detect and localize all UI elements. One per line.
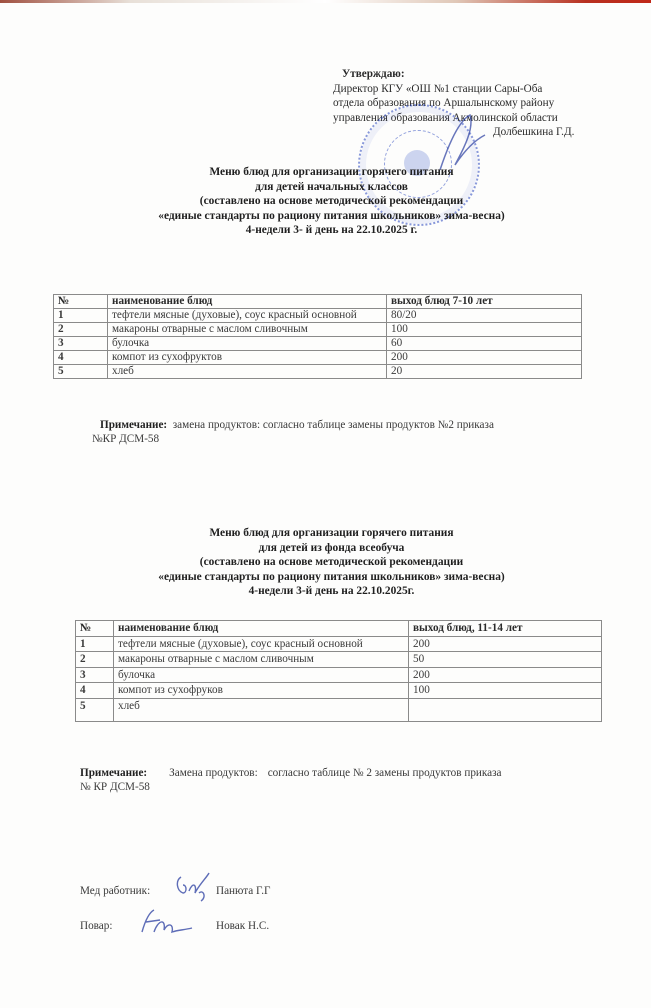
col-header-number: № — [76, 621, 114, 637]
dish-name: булочка — [114, 667, 409, 683]
portion-size: 100 — [387, 323, 582, 337]
row-number: 5 — [54, 365, 108, 379]
cook-signature-icon — [136, 908, 196, 938]
table-row: 1тефтели мясные (духовые), соус красный … — [54, 309, 582, 323]
portion-size: 200 — [387, 351, 582, 365]
table-row: 2макароны отварные с маслом сливочным100 — [54, 323, 582, 337]
portion-size: 100 — [409, 683, 602, 699]
row-number: 4 — [76, 683, 114, 699]
title-line: Меню блюд для организации горячего питан… — [6, 526, 651, 541]
dish-name: макароны отварные с маслом сливочным — [114, 652, 409, 668]
col-header-portion: выход блюд, 11-14 лет — [409, 621, 602, 637]
title-line: 4-недели 3-й день на 22.10.2025г. — [6, 584, 651, 599]
dish-name: хлеб — [108, 365, 387, 379]
menu1-title: Меню блюд для организации горячего питан… — [6, 165, 651, 238]
photo-edge — [0, 0, 651, 3]
col-header-portion: выход блюд 7-10 лет — [387, 295, 582, 309]
portion-size: 50 — [409, 652, 602, 668]
row-number: 2 — [76, 652, 114, 668]
menu2-title: Меню блюд для организации горячего питан… — [6, 526, 651, 599]
portion-size: 60 — [387, 337, 582, 351]
row-number: 2 — [54, 323, 108, 337]
title-line: Меню блюд для организации горячего питан… — [6, 165, 651, 180]
table-row: 5хлеб20 — [54, 365, 582, 379]
dish-name: тефтели мясные (духовые), соус красный о… — [108, 309, 387, 323]
note-order-ref: №КР ДСМ-58 — [92, 432, 600, 446]
col-header-number: № — [54, 295, 108, 309]
dish-name: булочка — [108, 337, 387, 351]
col-header-dish: наименование блюд — [114, 621, 409, 637]
row-number: 4 — [54, 351, 108, 365]
dish-name: макароны отварные с маслом сливочным — [108, 323, 387, 337]
row-number: 1 — [76, 636, 114, 652]
approval-signatory: Долбешкина Г.Д. — [493, 125, 574, 140]
approval-heading: Утверждаю: — [342, 67, 574, 82]
medic-signature-icon — [173, 871, 213, 905]
note-order-ref: № КР ДСМ-58 — [80, 780, 600, 794]
title-line: (составлено на основе методической реком… — [6, 194, 651, 209]
table-header-row: № наименование блюд выход блюд 7-10 лет — [54, 295, 582, 309]
portion-size: 200 — [409, 667, 602, 683]
approval-line: Директор КГУ «ОШ №1 станции Сары-Оба — [333, 82, 574, 97]
dish-name: компот из сухофруктов — [108, 351, 387, 365]
signature-name: Панюта Г.Г — [216, 885, 271, 897]
menu2-note: Примечание:Замена продуктов:согласно таб… — [80, 766, 600, 794]
table-row: 3булочка200 — [76, 667, 602, 683]
dish-name: тефтели мясные (духовые), соус красный о… — [114, 636, 409, 652]
signature-row-cook: Повар: Новак Н.С. — [80, 920, 112, 932]
title-line: для детей начальных классов — [6, 180, 651, 195]
dish-name: хлеб — [114, 698, 409, 721]
portion-size: 20 — [387, 365, 582, 379]
signature-row-medic: Мед работник: Панюта Г.Г — [80, 885, 150, 897]
table-row: 2макароны отварные с маслом сливочным50 — [76, 652, 602, 668]
title-line: (составлено на основе методической реком… — [6, 555, 651, 570]
signature-name: Новак Н.С. — [216, 920, 269, 932]
col-header-dish: наименование блюд — [108, 295, 387, 309]
dish-name: компот из сухофруков — [114, 683, 409, 699]
title-line: «единые стандарты по рациону питания шко… — [6, 209, 651, 224]
table-row: 3булочка60 — [54, 337, 582, 351]
portion-size — [409, 698, 602, 721]
note-text: согласно таблице № 2 замены продуктов пр… — [268, 767, 502, 779]
signature-role: Повар: — [80, 920, 112, 932]
signature-role: Мед работник: — [80, 885, 150, 897]
note-label: Примечание: — [80, 767, 147, 779]
portion-size: 80/20 — [387, 309, 582, 323]
table-row: 4компот из сухофруков100 — [76, 683, 602, 699]
note-text: Замена продуктов: — [169, 767, 258, 779]
table-row: 1тефтели мясные (духовые), соус красный … — [76, 636, 602, 652]
approval-line: отдела образования по Аршалынскому район… — [333, 96, 574, 111]
portion-size: 200 — [409, 636, 602, 652]
row-number: 1 — [54, 309, 108, 323]
row-number: 3 — [76, 667, 114, 683]
table-row: 4компот из сухофруктов200 — [54, 351, 582, 365]
menu2-table: № наименование блюд выход блюд, 11-14 ле… — [75, 620, 602, 722]
title-line: «единые стандарты по рациону питания шко… — [6, 570, 651, 585]
title-line: 4-недели 3- й день на 22.10.2025 г. — [6, 223, 651, 238]
menu1-table: № наименование блюд выход блюд 7-10 лет … — [53, 294, 582, 379]
menu1-note: Примечание: замена продуктов: согласно т… — [100, 418, 600, 446]
row-number: 5 — [76, 698, 114, 721]
note-text: замена продуктов: согласно таблице замен… — [173, 419, 494, 431]
row-number: 3 — [54, 337, 108, 351]
table-row: 5хлеб — [76, 698, 602, 721]
title-line: для детей из фонда всеобуча — [6, 541, 651, 556]
table-header-row: № наименование блюд выход блюд, 11-14 ле… — [76, 621, 602, 637]
note-label: Примечание: — [100, 419, 167, 431]
